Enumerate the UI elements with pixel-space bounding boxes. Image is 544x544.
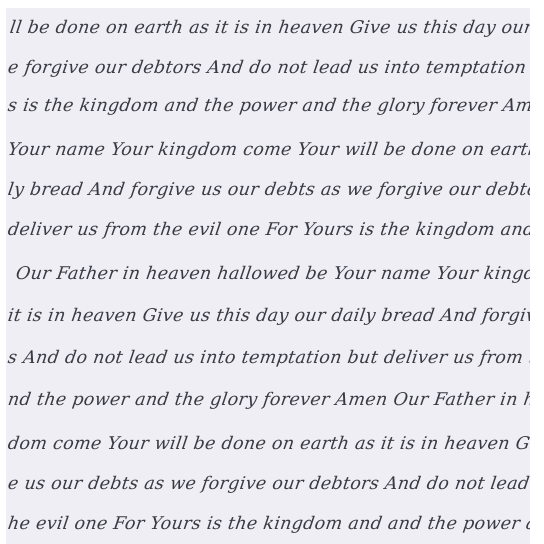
- script-text-line: Your name Your kingdom come Your will be…: [7, 140, 530, 160]
- script-text-line: s And do not lead us into temptation but…: [7, 348, 530, 368]
- script-text-line: he evil one For Yours is the kingdom and…: [7, 514, 530, 534]
- script-text-line: e us our debts as we forgive our debtors…: [7, 474, 530, 494]
- script-text-line: ll be done on earth as it is in heaven G…: [9, 18, 530, 38]
- script-text-line: Our Father in heaven hallowed be Your na…: [15, 264, 530, 284]
- script-text-line: e forgive our debtors And do not lead us…: [7, 58, 530, 78]
- script-text-line: deliver us from the evil one For Yours i…: [7, 220, 530, 240]
- script-text-line: s is the kingdom and the power and the g…: [7, 96, 530, 116]
- script-text-line: it is in heaven Give us this day our dai…: [7, 306, 530, 326]
- script-text-line: nd the power and the glory forever Amen …: [7, 390, 530, 410]
- script-text-line: dom come Your will be done on earth as i…: [7, 434, 530, 454]
- script-text-line: ly bread And forgive us our debts as we …: [7, 180, 530, 200]
- script-patterned-paper: ll be done on earth as it is in heaven G…: [6, 8, 530, 544]
